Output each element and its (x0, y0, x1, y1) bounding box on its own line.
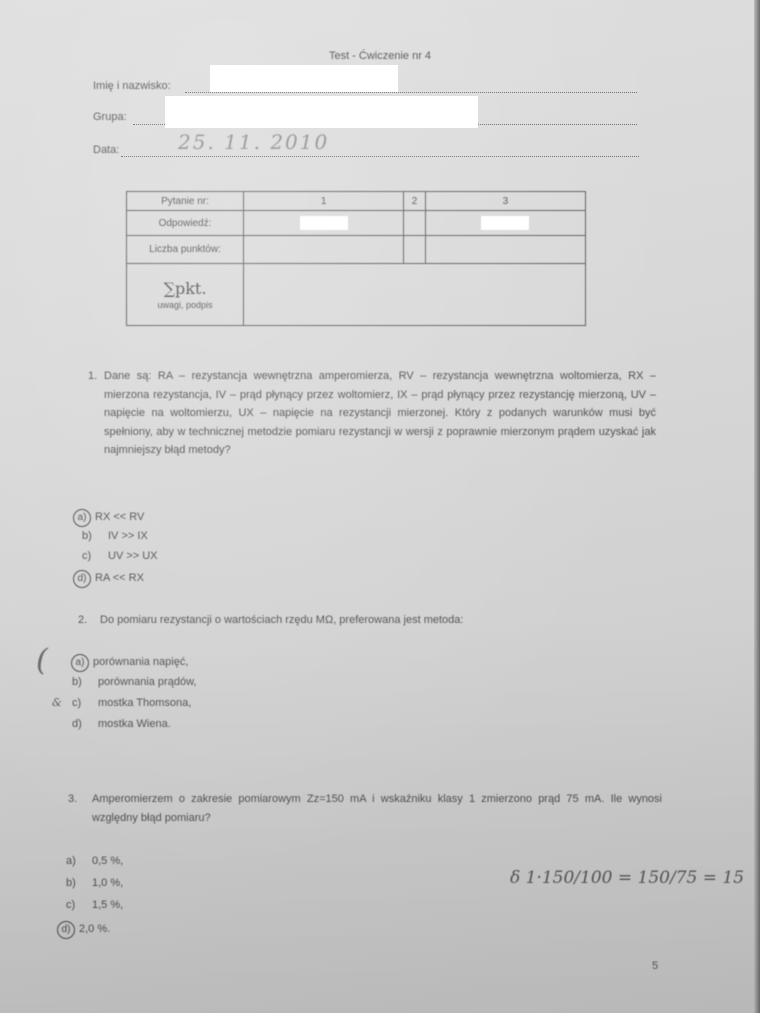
question-2-number: 2. (78, 614, 87, 626)
answer-cell-2 (404, 211, 425, 236)
page-number: 5 (652, 960, 658, 972)
points-cell-2 (404, 236, 425, 264)
group-label: Grupa: (93, 111, 127, 123)
document-title: Test - Ćwiczenie nr 4 (0, 50, 760, 62)
circled-answer-mark: a) (73, 509, 91, 527)
question-1-option-d[interactable]: d)RA << RX (78, 570, 144, 588)
question-2-option-b[interactable]: b)porównania prądów, (72, 676, 196, 688)
answer-label: Odpowiedź: (127, 211, 244, 236)
points-label: Liczba punktów: (127, 236, 244, 264)
question-2-text: Do pomiaru rezystancji o wartościach rzę… (100, 611, 660, 630)
name-redaction (210, 65, 398, 92)
name-label: Imię i nazwisko: (93, 80, 171, 92)
question-3-option-c[interactable]: c)1,5 %, (66, 899, 123, 911)
question-2-option-c[interactable]: c)mostka Thomsona, (72, 697, 191, 709)
points-cell-1 (244, 236, 404, 264)
answer-cell-1 (244, 211, 404, 236)
question-3-option-d[interactable]: d)2,0 %. (62, 921, 110, 939)
handwritten-calculation: δ 1·150/100 = 150/75 = 15 (510, 868, 744, 888)
points-cell-3 (425, 236, 585, 264)
question-3-option-b[interactable]: b)1,0 %, (66, 877, 123, 889)
circled-answer-mark: d) (73, 570, 91, 588)
question-1-option-c[interactable]: c)UV >> UX (82, 550, 158, 562)
question-1-option-a[interactable]: a)RX << RV (78, 509, 144, 527)
score-table: Pytanie nr: 1 2 3 Odpowiedź: Liczba punk… (126, 191, 586, 326)
question-number-label: Pytanie nr: (127, 192, 244, 211)
question-3-text: Amperomierzem o zakresie pomiarowym Zz=1… (92, 790, 662, 827)
question-number-1: 1 (244, 192, 404, 211)
sum-label-cell: ∑pkt. uwagi, podpis (127, 264, 244, 326)
remarks-label: uwagi, podpis (127, 300, 243, 310)
circled-answer-mark: a) (71, 654, 89, 672)
question-3-number: 3. (68, 793, 77, 805)
answer-redaction (300, 216, 348, 230)
handwritten-scribble: & (52, 696, 62, 709)
handwritten-date: 25. 11. 2010 (178, 130, 329, 154)
answer-redaction (481, 216, 529, 230)
date-label: Data: (93, 144, 119, 156)
question-number-2: 2 (404, 192, 425, 211)
circled-answer-mark: d) (57, 921, 75, 939)
handwritten-bracket-mark: ( (36, 643, 48, 678)
name-dotted-line (185, 92, 637, 93)
question-2-option-d[interactable]: d)mostka Wiena. (72, 718, 171, 730)
question-1-option-b[interactable]: b)IV >> IX (82, 530, 148, 542)
date-dotted-line (121, 156, 639, 157)
question-2-option-a[interactable]: a)porównania napięć, (76, 654, 188, 672)
question-3-option-a[interactable]: a)0,5 %, (66, 855, 123, 867)
question-number-3: 3 (425, 192, 585, 211)
page-edge-shadow (754, 0, 760, 1013)
answer-cell-3 (425, 211, 585, 236)
question-1-text: Dane są: RA – rezystancja wewnętrzna amp… (104, 367, 656, 460)
question-1-number: 1. (88, 370, 97, 382)
sum-symbol: ∑pkt. (127, 279, 243, 298)
group-redaction (165, 96, 478, 128)
sum-cell (244, 264, 586, 326)
